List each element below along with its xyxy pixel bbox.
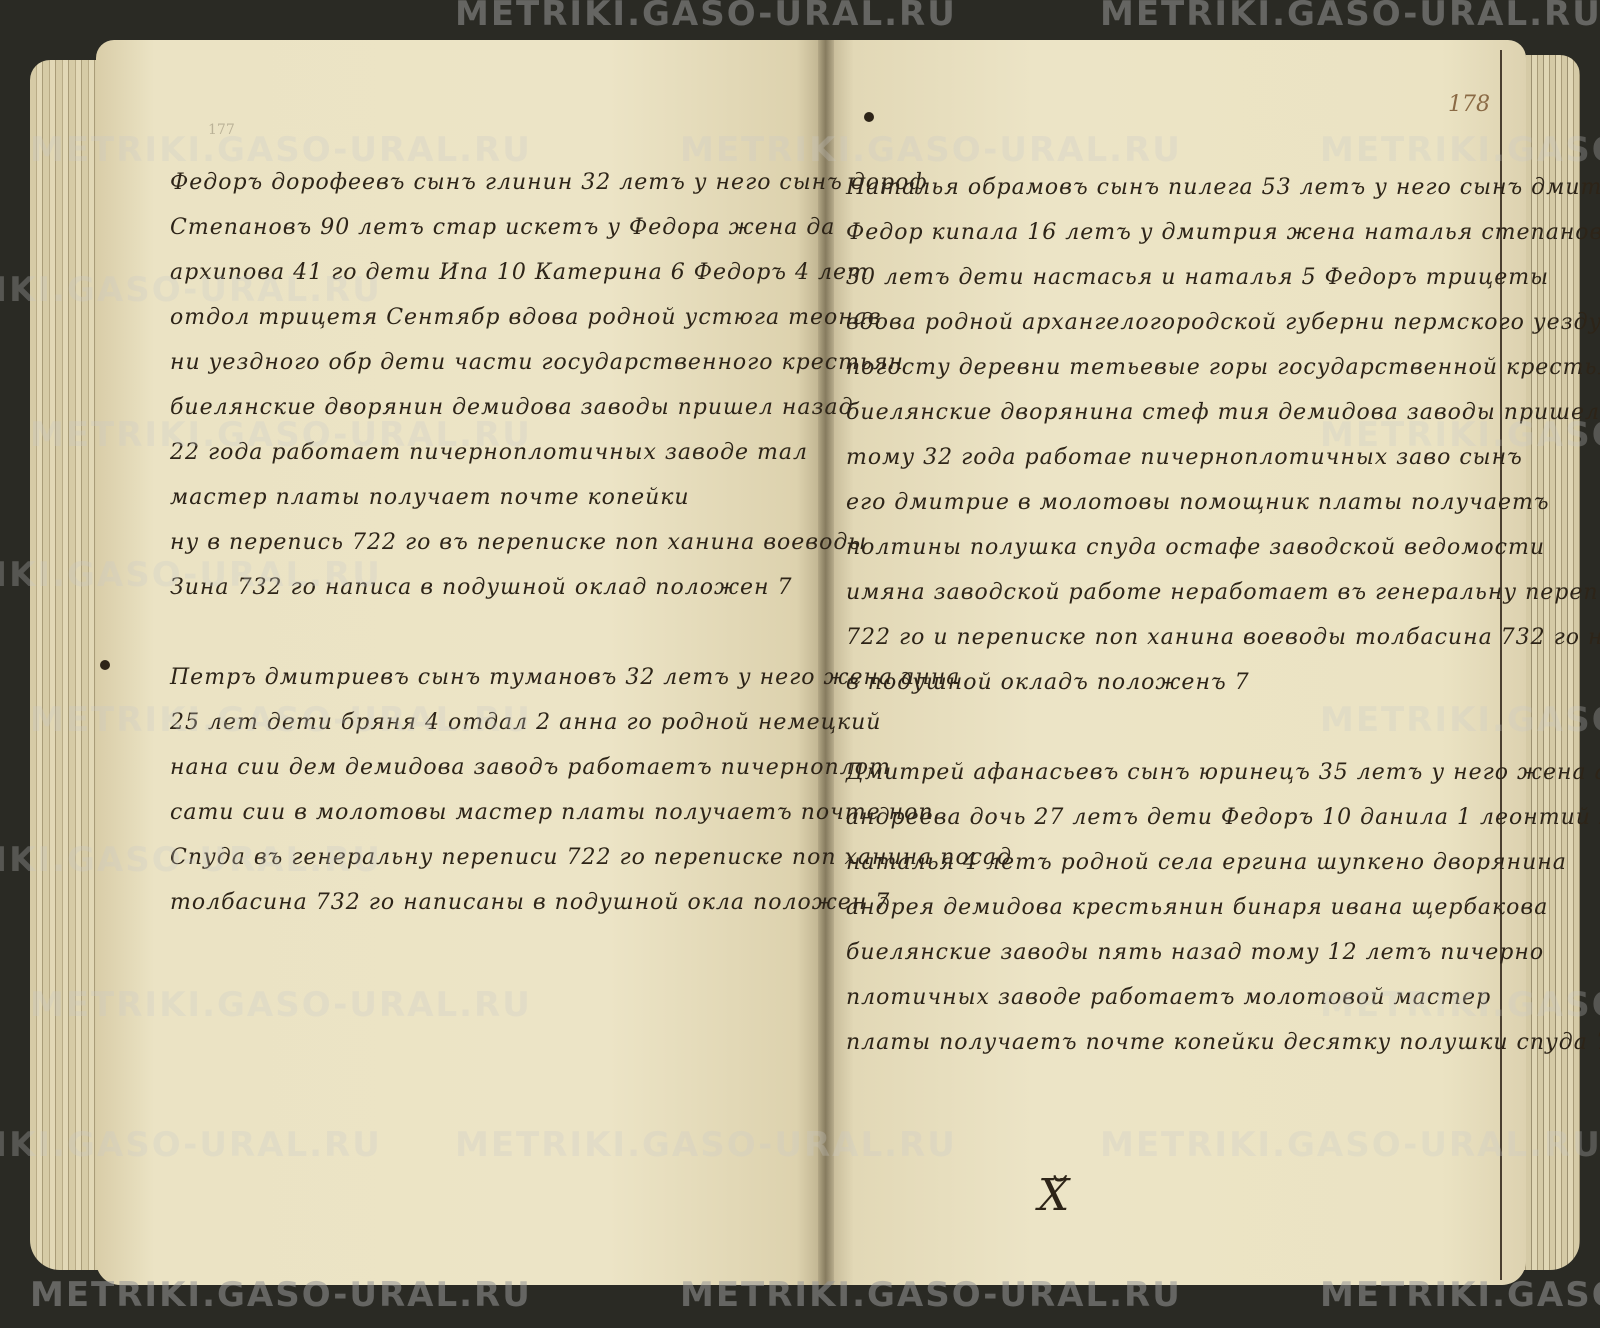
text-line: андрея демидова крестьянин бинаря ивана … [846, 885, 1600, 930]
watermark: METRIKI.GASO-URAL.RU [1320, 700, 1600, 740]
watermark: METRIKI.GASO-URAL.RU [0, 555, 382, 595]
text-line: его дмитрие в молотовы помощник платы по… [846, 480, 1600, 525]
watermark: METRIKI.GASO-URAL.RU [455, 0, 957, 34]
watermark: METRIKI.GASO-URAL.RU [1320, 1275, 1600, 1315]
watermark: METRIKI.GASO-URAL.RU [0, 1125, 382, 1165]
ink-dot [864, 112, 874, 122]
watermark: METRIKI.GASO-URAL.RU [1320, 415, 1600, 455]
watermark: METRIKI.GASO-URAL.RU [1100, 0, 1600, 34]
text-line: полтины полушка спуда остафе заводской в… [846, 525, 1600, 570]
ink-dot [100, 660, 110, 670]
text-line: андреева дочь 27 летъ дети Федоръ 10 дан… [846, 795, 1600, 840]
watermark: METRIKI.GASO-URAL.RU [30, 700, 532, 740]
text-line: погосту деревни тетьевые горы государств… [846, 345, 1600, 390]
text-line: биелянские заводы пять назад тому 12 лет… [846, 930, 1600, 975]
text-line: наталья 4 летъ родной села ергина шупкен… [846, 840, 1600, 885]
manuscript-book: 177 178 Федоръ дорофеевъ сынъ глинин 32 … [0, 0, 1600, 1328]
text-line: в подушной окладъ положенъ 7 [846, 660, 1600, 705]
text-line: 722 го и переписке поп ханина воеводы то… [846, 615, 1600, 660]
watermark: METRIKI.GASO-URAL.RU [0, 270, 382, 310]
text-line: 30 летъ дети настасья и наталья 5 Федоръ… [846, 255, 1600, 300]
watermark: METRIKI.GASO-URAL.RU [0, 840, 382, 880]
text-line: платы получаетъ почте копейки десятку по… [846, 1020, 1600, 1065]
watermark: METRIKI.GASO-URAL.RU [1100, 1125, 1600, 1165]
watermark: METRIKI.GASO-URAL.RU [455, 1125, 957, 1165]
watermark: METRIKI.GASO-URAL.RU [1320, 130, 1600, 170]
watermark: METRIKI.GASO-URAL.RU [30, 415, 532, 455]
watermark: METRIKI.GASO-URAL.RU [1320, 985, 1600, 1025]
text-line: Наталья обрамовъ сынъ пилега 53 летъ у н… [846, 165, 1600, 210]
right-page-number: 178 [1448, 92, 1490, 117]
watermark: METRIKI.GASO-URAL.RU [30, 985, 532, 1025]
text-line: имяна заводской работе неработает въ ген… [846, 570, 1600, 615]
text-line: вдова родной архангелогородской губерни … [846, 300, 1600, 345]
closing-mark: Х̆ [1038, 1170, 1069, 1221]
text-line: Дмитрей афанасьевъ сынъ юринецъ 35 летъ … [846, 750, 1600, 795]
watermark: METRIKI.GASO-URAL.RU [30, 130, 532, 170]
right-page-text: Наталья обрамовъ сынъ пилега 53 летъ у н… [846, 165, 1600, 1065]
watermark: METRIKI.GASO-URAL.RU [30, 1275, 532, 1315]
text-line: Федор кипала 16 летъ у дмитрия жена ната… [846, 210, 1600, 255]
watermark: METRIKI.GASO-URAL.RU [680, 130, 1182, 170]
watermark: METRIKI.GASO-URAL.RU [680, 1275, 1182, 1315]
left-page-edges [30, 60, 100, 1270]
